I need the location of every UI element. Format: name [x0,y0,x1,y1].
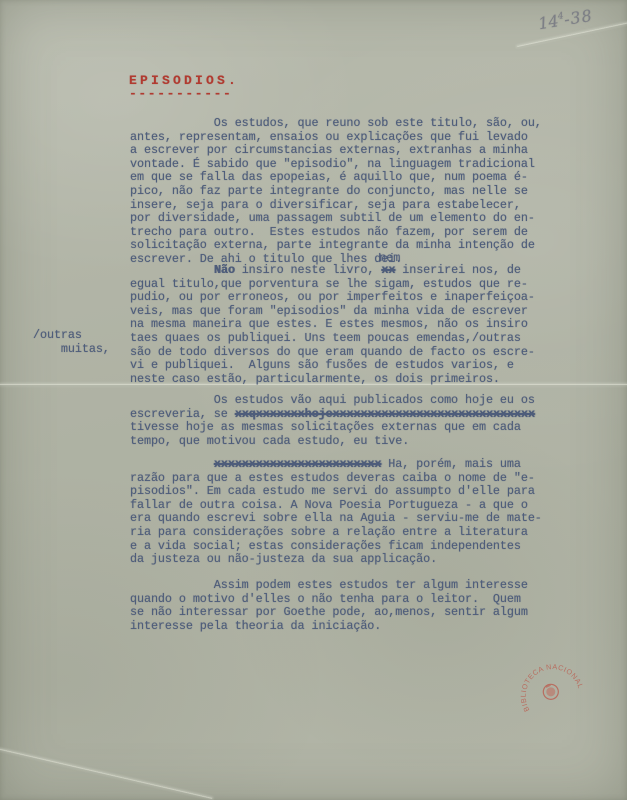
typewritten-paragraph-2: Não insiro neste livro, nemxx inserirei … [130,264,535,386]
stamp-arc-text: BIBLIOTECA NACIONAL [508,651,586,714]
title-dashed-underline: ----------- [129,86,232,101]
stamp-emblem [541,682,561,702]
margin-correction-note: /outras muitas, [33,329,110,356]
pencil-catalog-number: 144-38 [537,6,594,33]
paragraph-1-text: Os estudos, que reuno sob este titulo, s… [130,116,542,266]
paragraph-5-text: Assim podem estes estudos ter algum inte… [130,578,528,633]
paragraph-2-line1-mid: insiro neste livro, [235,263,382,277]
struck-out-run: xxqxxxxxxxhojexxxxxxxxxxxxxxxxxxxxxxxxxx… [235,407,535,421]
paragraph-3-line2-start: escreveria, se [130,407,235,421]
typewritten-paragraph-1: Os estudos, que reuno sob este titulo, s… [130,117,542,267]
paragraph-2-text: egual titulo,que porventura se lhe sigam… [130,278,535,387]
library-stamp: BIBLIOTECA NACIONAL [506,648,594,731]
typewritten-manuscript-page: 144-38 EPISODIOS. ----------- Os estudos… [0,0,627,800]
paragraph-2-overtyped-word: Não [214,263,235,277]
paragraph-2-indent [130,263,214,277]
bottom-left-crease [0,746,212,799]
typewritten-paragraph-4: xxxxxxxxxxxxxxxxxxxxxxxx Ha, porém, mais… [130,458,542,567]
typewritten-paragraph-3: Os estudos vão aqui publicados como hoje… [130,394,535,448]
correction-group: nemxx [381,263,395,277]
paragraph-4-indent [130,457,214,471]
paragraph-2-line1-end: inserirei nos, de [395,263,521,277]
catalog-number-suffix: -38 [563,6,594,29]
paragraph-4-text: razão para que a estes estudos deveras c… [130,472,542,567]
interlinear-insertion: nem [379,252,400,266]
library-stamp-icon: BIBLIOTECA NACIONAL [506,648,594,731]
struck-out-opening: xxxxxxxxxxxxxxxxxxxxxxxx [214,457,382,471]
paragraph-3-line1: Os estudos vão aqui publicados como hoje… [130,394,535,408]
typewritten-paragraph-5: Assim podem estes estudos ter algum inte… [130,579,528,633]
svg-text:BIBLIOTECA NACIONAL: BIBLIOTECA NACIONAL [508,651,586,714]
paragraph-4-line1-end: Ha, porém, mais uma [381,457,521,471]
paragraph-3-text: tivesse hoje as mesmas solicitações exte… [130,421,535,448]
